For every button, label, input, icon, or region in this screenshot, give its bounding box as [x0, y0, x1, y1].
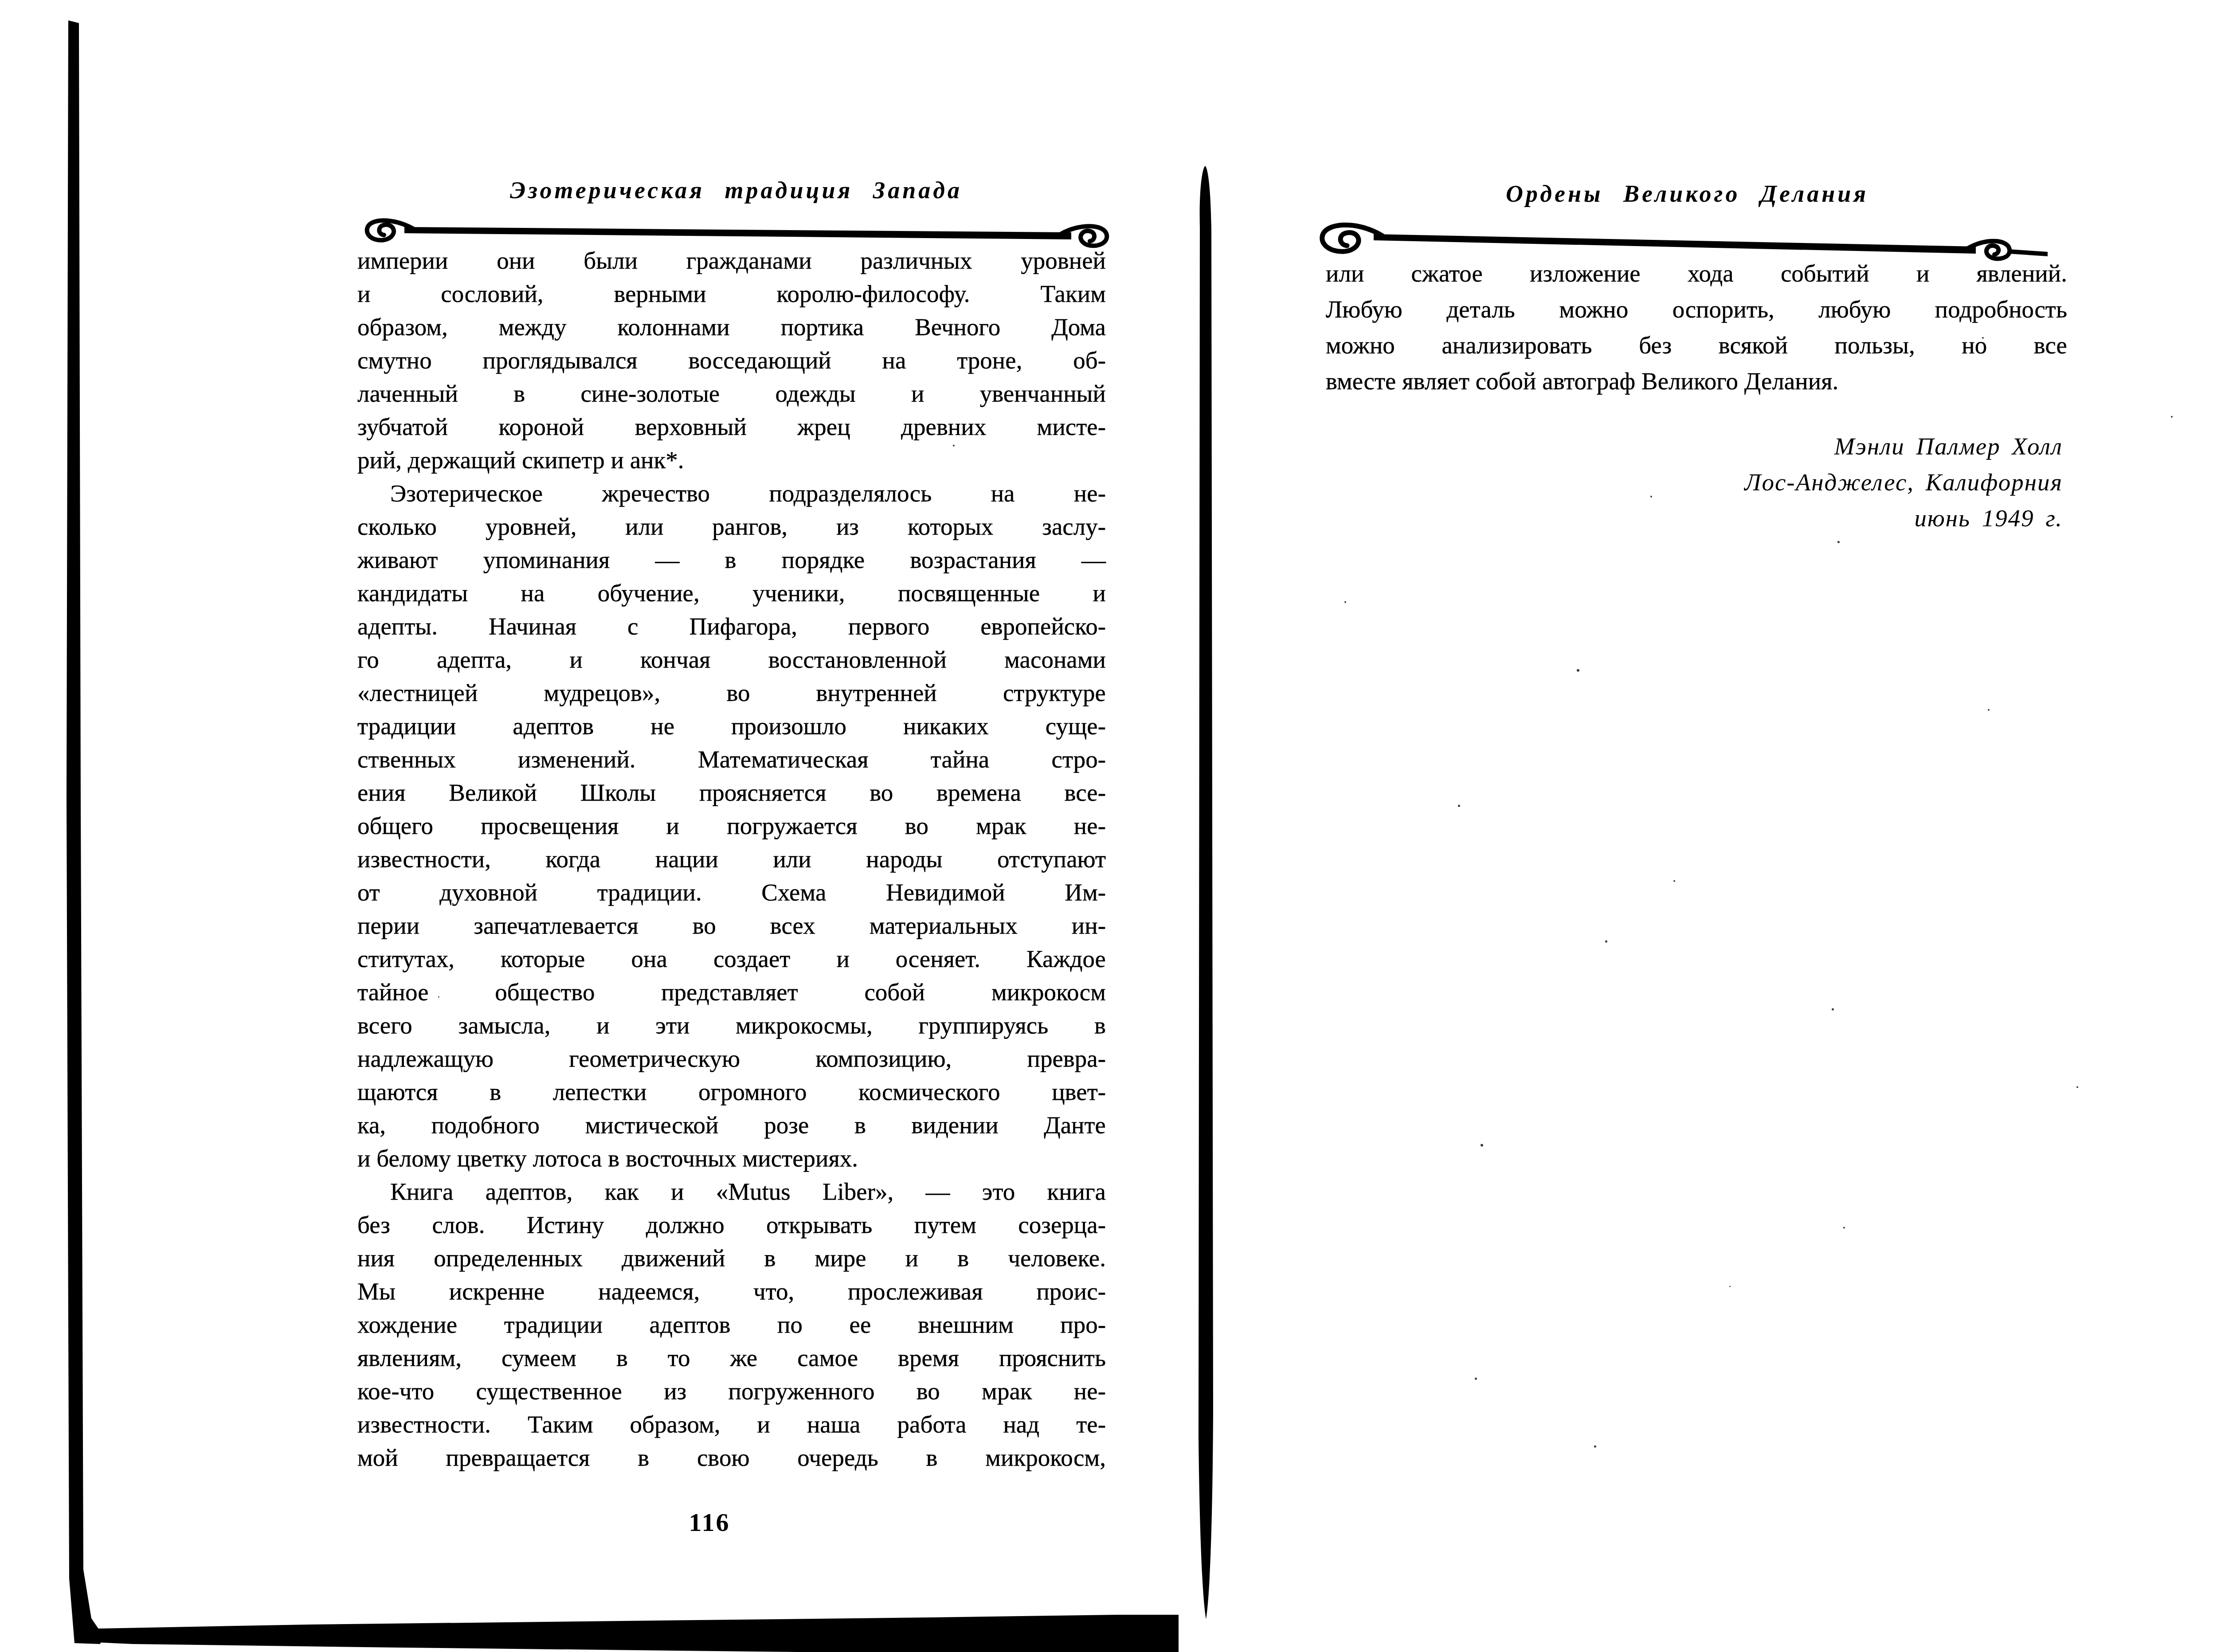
right-page-header: Ордены Великого Делания	[1321, 180, 2053, 207]
text-line: известности. Таким образом, и наша работ…	[357, 1408, 1106, 1441]
book-spine-bar	[67, 20, 103, 1644]
signature-line: Лос-Анджелес, Калифорния	[1321, 464, 2063, 500]
text-line: общего просвещения и погружается во мрак…	[357, 809, 1106, 842]
text-line: Мы искренне надеемся, что, прослеживая п…	[357, 1275, 1106, 1308]
page-number: 116	[665, 1507, 754, 1537]
text-line: рий, держащий скипетр и анк*.	[357, 443, 1106, 477]
scan-speck	[1982, 337, 1984, 339]
signature-block: Мэнли Палмер ХоллЛос-Анджелес, Калифорни…	[1321, 428, 2063, 536]
text-line: зубчатой короной верховный жрец древних …	[357, 410, 1106, 443]
scan-speck	[1594, 1445, 1596, 1448]
text-line: кандидаты на обучение, ученики, посвящен…	[357, 576, 1106, 610]
scan-speck	[1475, 1378, 1477, 1380]
paragraph: Книга адептов, как и «Mutus Liber», — эт…	[357, 1175, 1106, 1474]
scan-speck	[953, 445, 955, 446]
right-page-text: или сжатое изложение хода событий и явле…	[1326, 255, 2067, 399]
text-line: всего замысла, и эти микрокосмы, группир…	[357, 1009, 1106, 1042]
text-line: ка, подобного мистической розе в видении…	[357, 1108, 1106, 1142]
text-line: тайное общество представляет собой микро…	[357, 975, 1106, 1009]
bottom-scan-edge	[75, 1615, 1179, 1652]
ornament-rule	[1374, 234, 1976, 254]
scan-speck	[438, 996, 439, 998]
text-line: Книга адептов, как и «Mutus Liber», — эт…	[357, 1175, 1106, 1208]
paragraph: империи они были гражданами различных ур…	[357, 244, 1106, 477]
text-line: Любую деталь можно оспорить, любую подро…	[1326, 291, 2067, 327]
scan-speck	[1837, 541, 1840, 543]
text-line: ения Великой Школы проясняется во времен…	[357, 776, 1106, 809]
text-line: явлениям, сумеем в то же самое время про…	[357, 1341, 1106, 1374]
scan-speck	[1832, 1008, 1834, 1010]
text-line: живают упоминания — в порядке возрастани…	[357, 543, 1106, 576]
text-line: известности, когда нации или народы отст…	[357, 842, 1106, 876]
text-line: надлежащую геометрическую композицию, пр…	[357, 1042, 1106, 1075]
paragraph: или сжатое изложение хода событий и явле…	[1326, 255, 2067, 399]
text-line: смутно проглядывался восседающий на трон…	[357, 344, 1106, 377]
text-line: ния определенных движений в мире и в чел…	[357, 1241, 1106, 1275]
left-page-text: империи они были гражданами различных ур…	[357, 244, 1106, 1474]
text-line: хождение традиции адептов по ее внешним …	[357, 1308, 1106, 1341]
text-line: и белому цветку лотоса в восточных мисте…	[357, 1142, 1106, 1175]
left-page-header: Эзотерическая традиция Запада	[363, 176, 1109, 204]
text-line: кое-что существенное из погруженного во …	[357, 1374, 1106, 1408]
text-line: перии запечатлевается во всех материальн…	[357, 909, 1106, 942]
text-line: или сжатое изложение хода событий и явле…	[1326, 255, 2067, 291]
text-line: без слов. Истину должно открывать путем …	[357, 1208, 1106, 1241]
text-line: традиции адептов не произошло никаких су…	[357, 709, 1106, 743]
scan-speck	[1458, 805, 1460, 807]
text-line: ститутах, которые она создает и осеняет.…	[357, 942, 1106, 975]
scan-artifacts	[0, 0, 2217, 1652]
ornament-rule	[404, 227, 1071, 239]
signature-line: июнь 1949 г.	[1321, 500, 2063, 536]
text-line: щаются в лепестки огромного космического…	[357, 1075, 1106, 1108]
signature-line: Мэнли Палмер Холл	[1321, 428, 2063, 464]
page-gutter-shadow	[1199, 166, 1213, 1619]
scan-speck	[1022, 1354, 1024, 1356]
scan-speck	[1481, 1144, 1483, 1147]
text-line: образом, между колоннами портика Вечного…	[357, 310, 1106, 344]
paragraph: Эзотерическое жречество подразделялось н…	[357, 477, 1106, 1175]
text-line: адепты. Начиная с Пифагора, первого евро…	[357, 610, 1106, 643]
scan-speck	[1988, 709, 1990, 711]
scan-speck	[2076, 1086, 2078, 1088]
scan-speck	[1673, 880, 1675, 882]
text-line: Эзотерическое жречество подразделялось н…	[357, 477, 1106, 510]
scan-speck	[2171, 416, 2173, 418]
text-line: «лестницей мудрецов», во внутренней стру…	[357, 676, 1106, 709]
book-page-spread: Эзотерическая традиция Запада империи он…	[0, 0, 2217, 1652]
text-line: от духовной традиции. Схема Невидимой Им…	[357, 876, 1106, 909]
text-line: мой превращается в свою очередь в микрок…	[357, 1441, 1106, 1474]
scan-speck	[1650, 496, 1652, 497]
ornament-left-curl-icon	[1322, 225, 1383, 251]
text-line: можно анализировать без всякой пользы, н…	[1326, 327, 2067, 363]
text-line: вместе являет собой автограф Великого Де…	[1326, 363, 2067, 399]
text-line: лаченный в сине-золотые одежды и увенчан…	[357, 377, 1106, 410]
text-line: сколько уровней, или рангов, из которых …	[357, 510, 1106, 543]
scan-speck	[1843, 1227, 1845, 1229]
text-line: го адепта, и кончая восстановленной масо…	[357, 643, 1106, 676]
ornament-right-curl-icon	[1061, 226, 1107, 246]
text-line: и сословий, верными королю-философу. Так…	[357, 277, 1106, 310]
ornament-left-curl-icon	[367, 220, 413, 240]
scan-speck	[1577, 669, 1579, 672]
scan-speck	[1605, 940, 1607, 943]
text-line: ственных изменений. Математическая тайна…	[357, 743, 1106, 776]
text-line: империи они были гражданами различных ур…	[357, 244, 1106, 277]
scan-speck	[1729, 1286, 1731, 1287]
scan-speck	[1344, 601, 1346, 603]
